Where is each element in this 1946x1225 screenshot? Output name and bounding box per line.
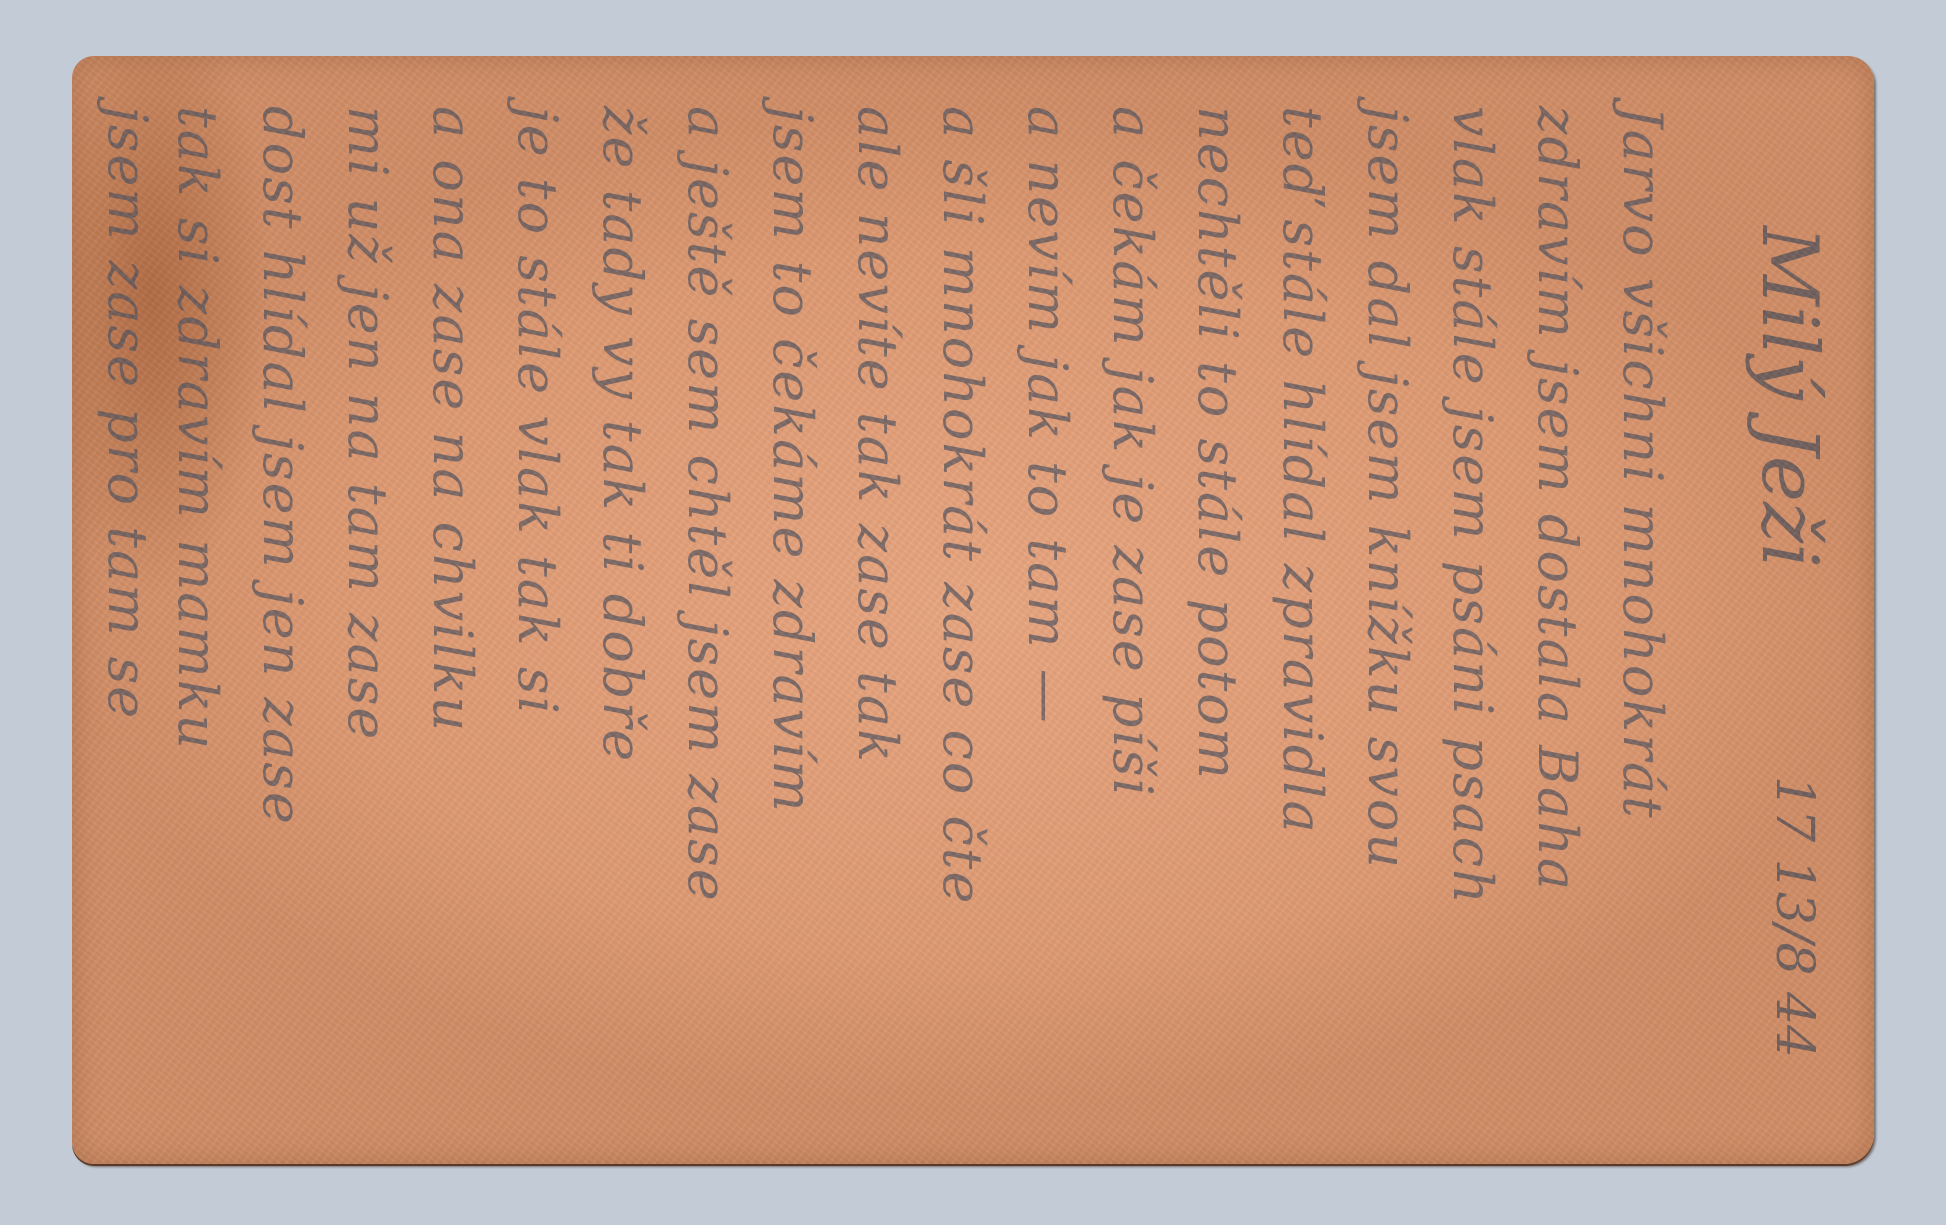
text-line: jsem to čekáme zdravím xyxy=(761,106,824,814)
text-line: je to stále vlak tak si xyxy=(506,106,569,716)
text-line: dost hlídal jsem jen zase xyxy=(251,106,314,826)
postcard: Milý Ježi 17 13/8 44 Jarvo všichni mnoho… xyxy=(72,56,1874,1164)
text-line: ale nevíte tak zase tak xyxy=(846,106,909,764)
text-line: jsem zase pro tam se xyxy=(96,106,159,720)
date-text: 17 13/8 44 xyxy=(1764,776,1824,1058)
handwritten-text: Milý Ježi 17 13/8 44 Jarvo všichni mnoho… xyxy=(72,56,1874,1164)
text-line: a ještě sem chtěl jsem zase xyxy=(676,106,739,903)
text-line: teď stále hlídal zpravidla xyxy=(1271,106,1334,835)
text-line: mi už jen na tam zase xyxy=(336,106,399,741)
text-line: a šli mnohokrát zase co čte xyxy=(931,106,994,905)
text-line: jsem dal jsem knížku svou xyxy=(1356,106,1419,870)
text-line: tak si zdravím mamku xyxy=(166,106,229,751)
text-line: zdravím jsem dostala Baha xyxy=(1526,106,1589,892)
text-line: a čekám jak je zase píši xyxy=(1101,106,1164,798)
text-line: a ona zase na chvilku xyxy=(421,106,484,733)
text-line: Jarvo všichni mnohokrát xyxy=(1611,106,1674,820)
text-line: nechtěli to stále potom xyxy=(1186,106,1249,781)
text-line: a nevím jak to tam — xyxy=(1016,106,1079,725)
text-line: že tady vy tak ti dobře xyxy=(591,106,654,763)
text-line: vlak stále jsem psáni psach xyxy=(1441,106,1504,906)
greeting-heading: Milý Ježi xyxy=(1744,226,1834,568)
